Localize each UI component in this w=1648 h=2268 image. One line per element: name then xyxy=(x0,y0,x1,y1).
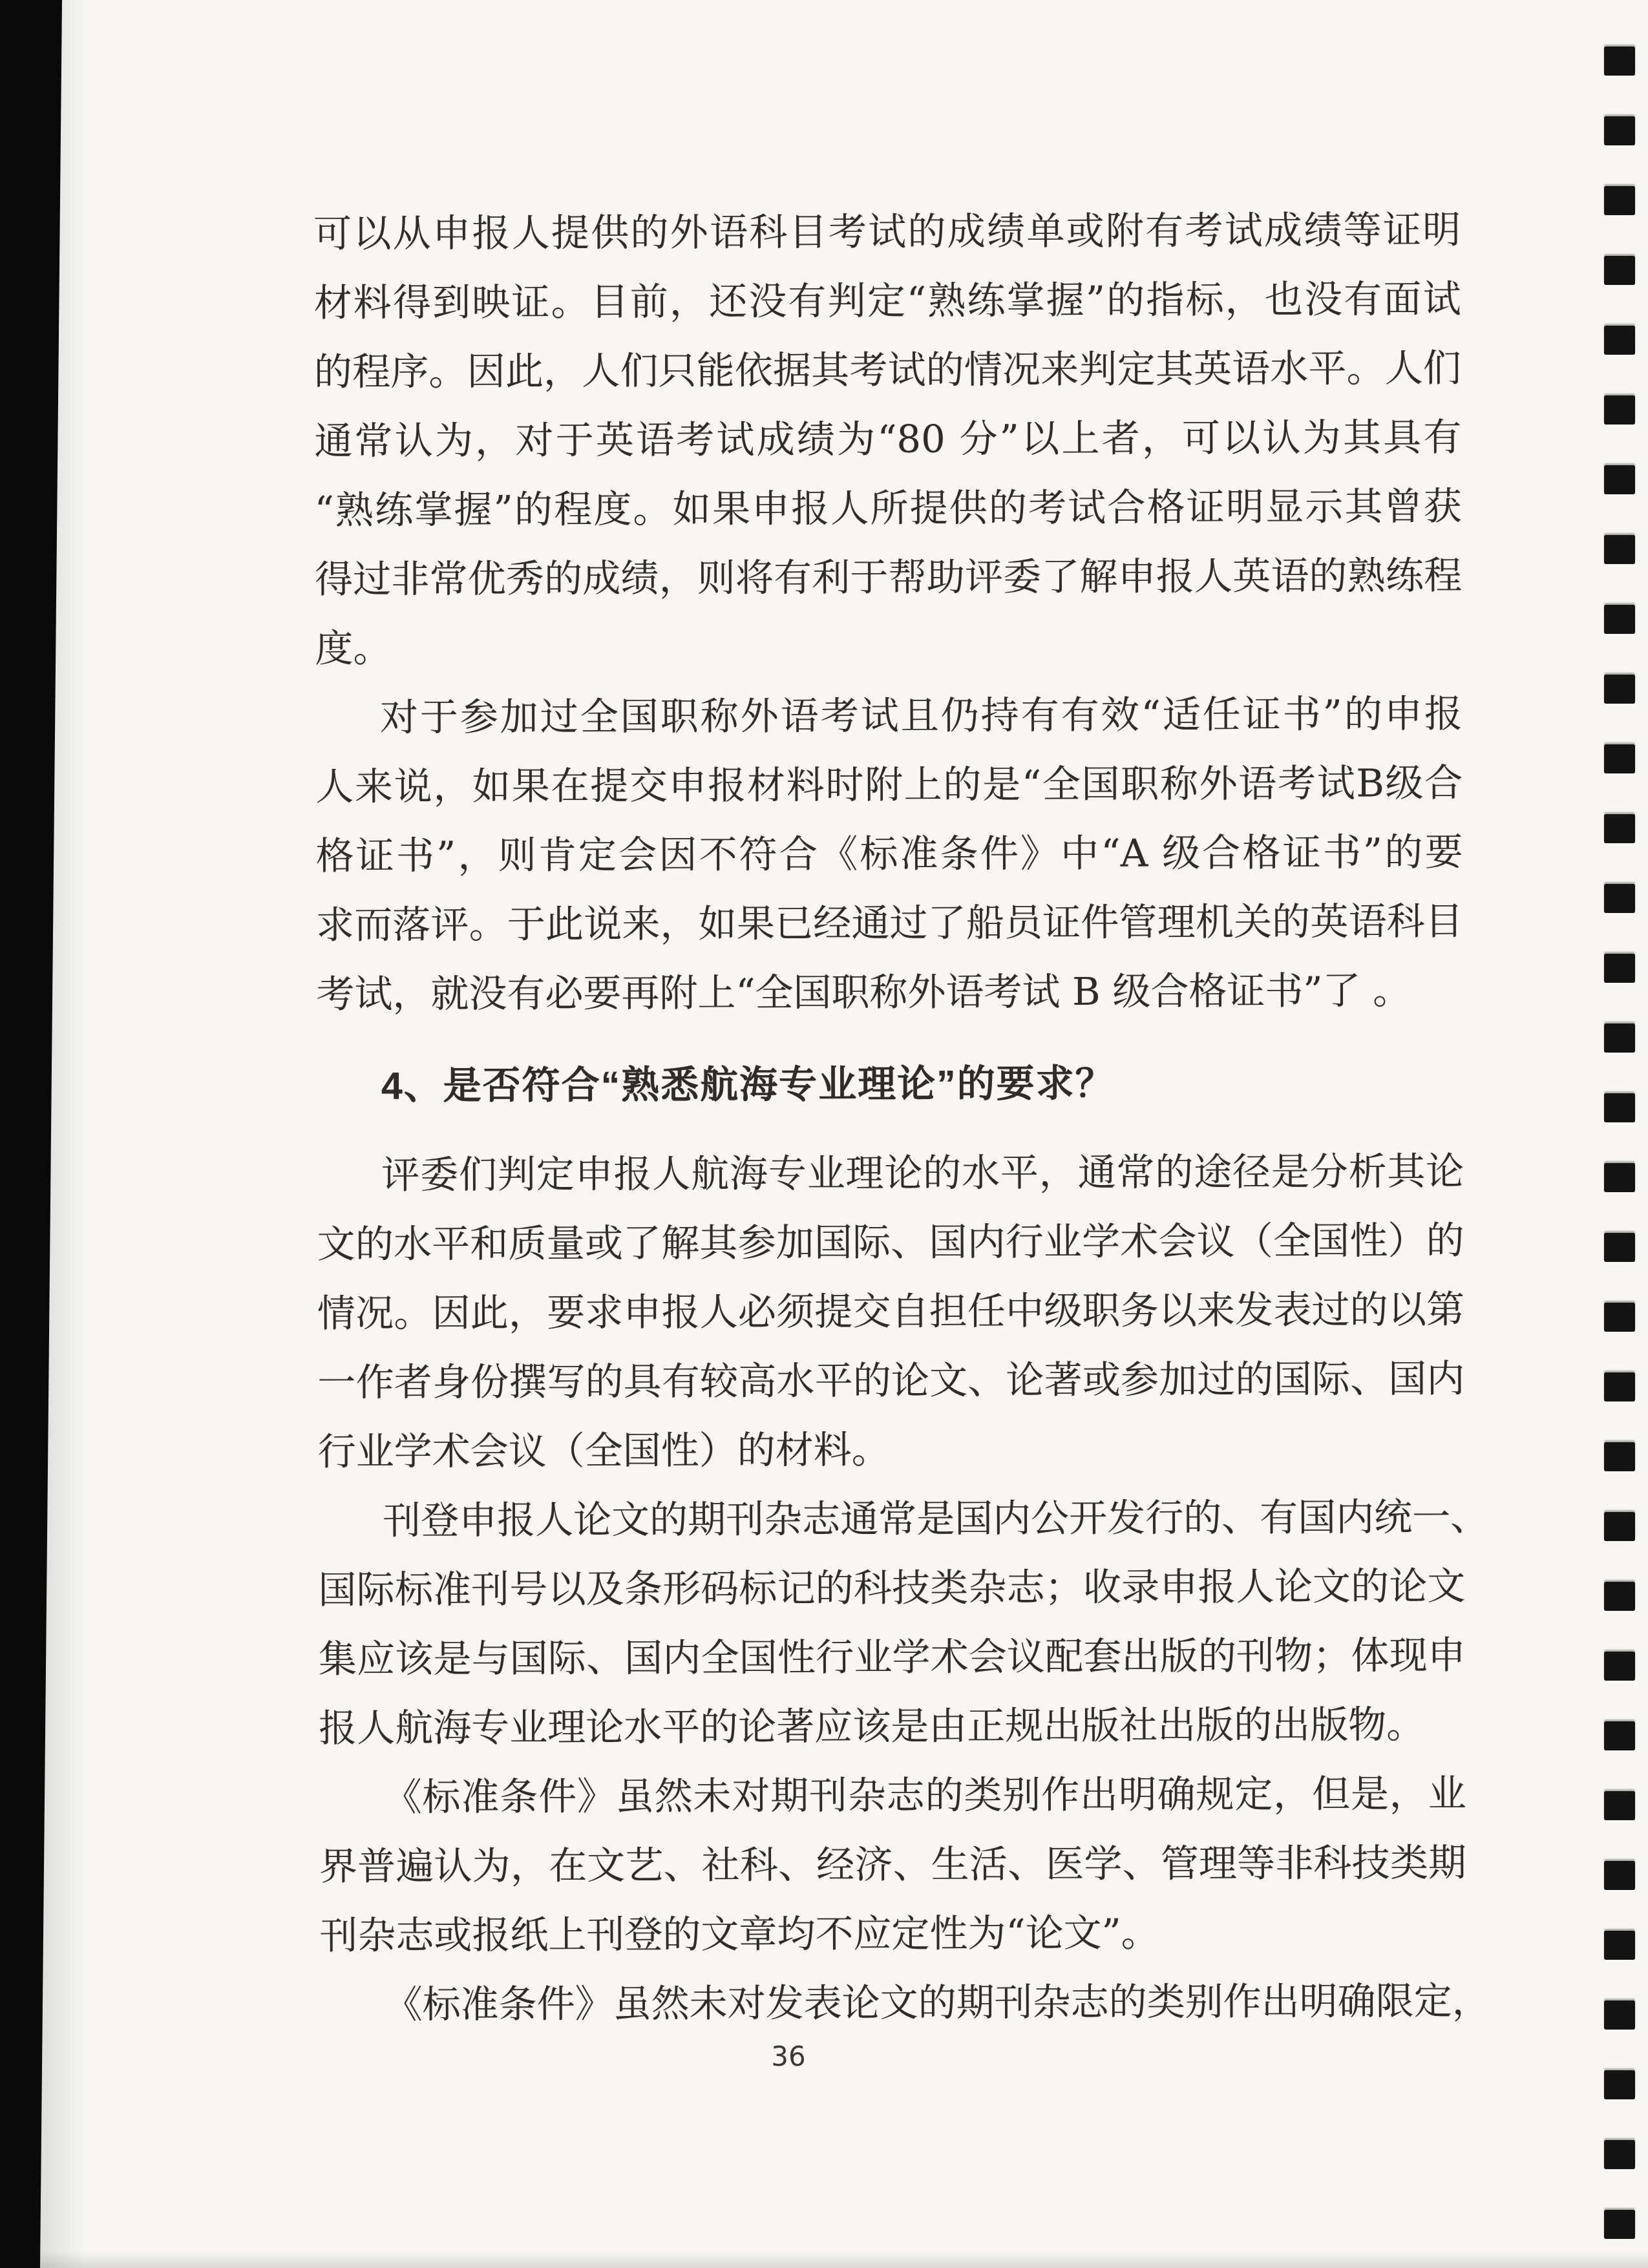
text-line: 评委们判定申报人航海专业理论的水平，通常的途径是分析其论 xyxy=(317,1137,1464,1210)
punch-hole-mark xyxy=(1604,1442,1635,1471)
punch-hole-mark xyxy=(1604,2000,1635,2030)
bottom-edge-shadow xyxy=(39,2251,1648,2268)
text-line: 刊杂志或报纸上刊登的文章均不应定性为“论文”。 xyxy=(319,1897,1466,1970)
text-line: 国际标准刊号以及条形码标记的科技类杂志；收录申报人论文的论文 xyxy=(318,1551,1465,1624)
text-line: 行业学术会议（全国性）的材料。 xyxy=(318,1413,1465,1486)
punch-hole-mark xyxy=(1604,1093,1635,1122)
punch-hole-mark xyxy=(1604,116,1635,145)
text-line: 得过非常优秀的成绩，则将有利于帮助评委了解申报人英语的熟练程 xyxy=(315,541,1462,614)
text-line: 人来说，如果在提交申报材料时附上的是“全国职称外语考试B级合 xyxy=(315,748,1463,821)
text-line: 界普遍认为，在文艺、社科、经济、生活、医学、管理等非科技类期 xyxy=(319,1828,1466,1901)
punch-hole-mark xyxy=(1604,1303,1635,1332)
text-line: “熟练掌握”的程度。如果申报人所提供的考试合格证明显示其曾获 xyxy=(315,472,1462,545)
scanned-page: 可以从申报人提供的外语科目考试的成绩单或附有考试成绩等证明 材料得到映证。目前，… xyxy=(0,0,1648,2268)
binding-edge-strip xyxy=(0,0,65,2268)
text-line: 集应该是与国际、国内全国性行业学术会议配套出版的刊物；体现申 xyxy=(319,1621,1466,1694)
punch-hole-mark xyxy=(1604,1721,1635,1750)
punch-hole-mark xyxy=(1604,256,1635,285)
text-line: 通常认为，对于英语考试成绩为“80 分”以上者，可以认为其具有 xyxy=(314,403,1461,476)
punch-hole-mark xyxy=(1604,1791,1635,1820)
punch-hole-mark xyxy=(1604,1372,1635,1402)
punch-hole-mark xyxy=(1604,954,1635,983)
punch-hole-mark xyxy=(1604,1512,1635,1541)
text-line: 的程序。因此，人们只能依据其考试的情况来判定其英语水平。人们 xyxy=(314,333,1461,406)
text-line: 度。 xyxy=(315,610,1462,683)
text-line: 刊登申报人论文的期刊杂志通常是国内公开发行的、有国内统一、 xyxy=(318,1482,1465,1555)
punch-hole-mark xyxy=(1604,326,1635,355)
text-line: 求而落评。于此说来，如果已经通过了船员证件管理机关的英语科目 xyxy=(316,887,1463,960)
punch-hole-mark xyxy=(1604,814,1635,843)
text-line: 情况。因此，要求申报人必须提交自担任中级职务以来发表过的以第 xyxy=(317,1275,1464,1348)
text-line: 报人航海专业理论水平的论著应该是由正规出版社出版的出版物。 xyxy=(319,1690,1466,1763)
punch-hole-mark xyxy=(1604,1024,1635,1053)
punch-hole-mark xyxy=(1604,2070,1635,2099)
text-line: 对于参加过全国职称外语考试且仍持有有效“适任证书”的申报 xyxy=(315,679,1463,752)
page-number: 36 xyxy=(730,2041,847,2072)
punch-hole-mark xyxy=(1604,605,1635,634)
text-line: 一作者身份撰写的具有较高水平的论文、论著或参加过的国际、国内 xyxy=(317,1344,1464,1417)
punch-hole-mark xyxy=(1604,186,1635,215)
punch-hole-mark xyxy=(1604,1861,1635,1890)
punch-hole-mark xyxy=(1604,395,1635,425)
punch-hole-mark xyxy=(1604,1582,1635,1611)
punch-hole-mark xyxy=(1604,1931,1635,1960)
punch-hole-mark xyxy=(1604,535,1635,564)
text-line: 文的水平和质量或了解其参加国际、国内行业学术会议（全国性）的 xyxy=(317,1206,1464,1279)
punch-hole-mark xyxy=(1604,1163,1635,1192)
punch-hole-mark xyxy=(1604,47,1635,76)
text-line: 格证书”，则肯定会因不符合《标准条件》中“A 级合格证书”的要 xyxy=(315,817,1463,890)
text-line: 可以从申报人提供的外语科目考试的成绩单或附有考试成绩等证明 xyxy=(313,195,1461,268)
punch-hole-mark xyxy=(1604,2210,1635,2239)
page-text: 可以从申报人提供的外语科目考试的成绩单或附有考试成绩等证明 材料得到映证。目前，… xyxy=(313,195,1467,2039)
text-line: 考试，就没有必要再附上“全国职称外语考试 B 级合格证书”了 。 xyxy=(316,956,1463,1029)
text-line: 材料得到映证。目前，还没有判定“熟练掌握”的指标，也没有面试 xyxy=(313,264,1461,337)
punch-hole-mark xyxy=(1604,1652,1635,1681)
punch-hole-mark xyxy=(1604,1233,1635,1262)
punch-hole-mark xyxy=(1604,884,1635,913)
punch-hole-mark xyxy=(1604,675,1635,704)
punch-hole-mark xyxy=(1604,465,1635,494)
section-heading: 4、是否符合“熟悉航海专业理论”的要求？ xyxy=(317,1048,1464,1121)
punch-hole-mark xyxy=(1604,744,1635,773)
text-line: 《标准条件》虽然未对期刊杂志的类别作出明确规定，但是，业 xyxy=(319,1759,1466,1832)
punch-hole-mark xyxy=(1604,2140,1635,2169)
text-line: 《标准条件》虽然未对发表论文的期刊杂志的类别作出明确限定， xyxy=(320,1966,1467,2039)
